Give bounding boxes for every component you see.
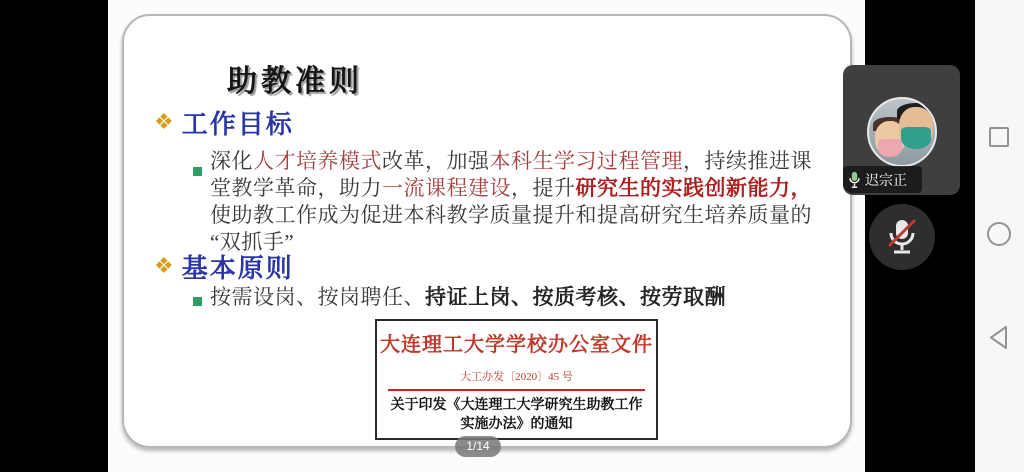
document-red-rule <box>388 389 645 391</box>
diamond-bullet-icon: ❖ <box>154 254 174 279</box>
page-indicator-badge: 1/14 <box>455 436 501 457</box>
document-notice-line-2: 实施办法》的通知 <box>377 415 656 434</box>
goal-line-4: “双抓手” <box>210 229 850 256</box>
participant-name-tag: 迟宗正 <box>843 166 922 193</box>
principles-heading-label: 基本原则 <box>182 248 294 285</box>
goal-line-2: 堂教学革命，助力一流课程建设，提升研究生的实践创新能力， <box>210 175 850 202</box>
section-heading-goal: ❖ 工作目标 <box>154 104 294 141</box>
presentation-slide: 助教准则 ❖ 工作目标 深化人才培养模式改革，加强本科生学习过程管理，持续推进课… <box>122 14 852 448</box>
document-title: 大连理工大学学校办公室文件 <box>377 328 656 357</box>
mic-icon <box>848 171 861 189</box>
principles-line-1: 按需设岗、按岗聘任、持证上岗、按质考核、按劳取酬 <box>210 284 850 311</box>
recents-icon[interactable] <box>989 127 1009 147</box>
slide-title: 助教准则 <box>227 56 363 100</box>
participant-video-thumbnail[interactable]: 迟宗正 <box>843 65 960 195</box>
diamond-bullet-icon: ❖ <box>154 110 174 135</box>
back-icon[interactable] <box>986 324 1012 351</box>
goal-heading-label: 工作目标 <box>182 104 294 141</box>
principles-paragraph: 按需设岗、按岗聘任、持证上岗、按质考核、按劳取酬 <box>210 284 850 311</box>
goal-line-3: 使助教工作成为促进本科教学质量提升和提高研究生培养质量的 <box>210 202 850 229</box>
document-number: 大工办发〔2020〕45 号 <box>377 368 656 384</box>
participant-name: 迟宗正 <box>865 170 907 190</box>
square-bullet-icon <box>193 297 202 306</box>
goal-paragraph: 深化人才培养模式改革，加强本科生学习过程管理，持续推进课 堂教学革命，助力一流课… <box>210 148 850 256</box>
mic-muted-icon <box>885 217 919 257</box>
square-bullet-icon <box>193 167 202 176</box>
home-icon[interactable] <box>987 222 1011 246</box>
goal-line-1: 深化人才培养模式改革，加强本科生学习过程管理，持续推进课 <box>210 148 850 175</box>
screen-share-area: 助教准则 ❖ 工作目标 深化人才培养模式改革，加强本科生学习过程管理，持续推进课… <box>108 0 865 472</box>
document-notice-line-1: 关于印发《大连理工大学研究生助教工作 <box>377 396 656 415</box>
document-notice: 关于印发《大连理工大学研究生助教工作 实施办法》的通知 <box>377 396 656 434</box>
official-document-image: 大连理工大学学校办公室文件 大工办发〔2020〕45 号 关于印发《大连理工大学… <box>375 319 658 440</box>
microphone-mute-button[interactable] <box>869 204 935 270</box>
section-heading-principles: ❖ 基本原则 <box>154 248 294 285</box>
android-nav-bar <box>975 0 1024 472</box>
participant-avatar <box>867 97 937 167</box>
